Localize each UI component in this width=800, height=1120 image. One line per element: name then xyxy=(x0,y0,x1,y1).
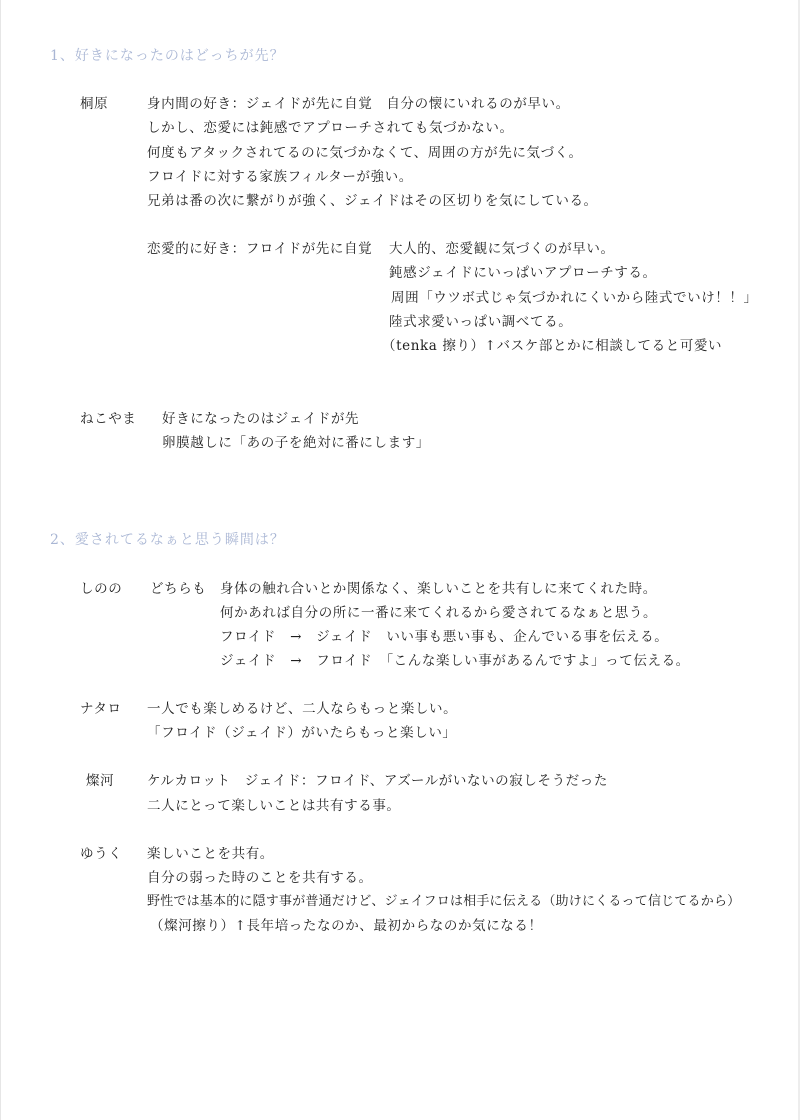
entry-line: 自分の弱った時のことを共有する。 xyxy=(147,869,373,887)
entry-line: 大人的、恋愛観に気づくのが早い。 xyxy=(389,240,615,258)
sub-label: どちらも xyxy=(150,580,206,598)
entry-line: 二人にとって楽しいことは共有する事。 xyxy=(147,797,401,815)
entry-line: 身体の触れ合いとか関係なく、楽しいことを共有しに来てくれた時。 xyxy=(220,580,657,598)
author-label: 桐原 xyxy=(80,95,108,113)
entry-line: ケルカロット ジェイド：フロイド、アズールがいないの寂しそうだった xyxy=(147,772,608,790)
entry-line: 鈍感ジェイドにいっぱいアプローチする。 xyxy=(389,264,657,282)
entry-line: 身内間の好き：ジェイドが先に自覚 自分の懐にいれるのが早い。 xyxy=(147,95,570,113)
entry-line: 好きになったのはジェイドが先 xyxy=(162,410,359,428)
section-heading-2: 2、愛されてるなぁと思う瞬間は？ xyxy=(50,531,285,549)
author-label: 燦河 xyxy=(86,772,114,790)
author-label: ゆうく xyxy=(80,845,122,863)
page-edge-left xyxy=(0,0,1,1120)
author-label: ねこやま xyxy=(80,410,136,428)
entry-line: 陸式求愛いっぱい調べてる。 xyxy=(389,313,572,331)
entry-line: フロイドに対する家族フィルターが強い。 xyxy=(147,168,413,186)
sub-label: 恋愛的に好き：フロイドが先に自覚 xyxy=(147,240,372,258)
entry-line: 楽しいことを共有。 xyxy=(147,845,274,863)
entry-line: フロイド → ジェイド いい事も悪い事も、企んでいる事を伝える。 xyxy=(220,628,668,646)
entry-line: 何かあれば自分の所に一番に来てくれるから愛されてるなぁと思う。 xyxy=(220,604,657,622)
entry-line: しかし、恋愛には鈍感でアプローチされても気づかない。 xyxy=(147,119,514,137)
entry-line: 何度もアタックされてるのに気づかなくて、周囲の方が先に気づく。 xyxy=(147,144,583,162)
entry-line: （燦河擦り）↑長年培ったなのか、最初からなのか気になる！ xyxy=(150,917,543,935)
entry-line: （tenka 擦り）↑バスケ部とかに相談してると可愛い xyxy=(382,337,722,355)
entry-line: 兄弟は番の次に繋がりが強く、ジェイドはその区切りを気にしている。 xyxy=(147,192,598,210)
section-heading-1: 1、好きになったのはどっちが先？ xyxy=(50,47,285,65)
entry-line: 周囲「ウツボ式じゃ気づかれにくいから陸式でいけ！！」 xyxy=(391,289,758,307)
entry-line: 野性では基本的に隠す事が普通だけど、ジェイフロは相手に伝える（助けにくるって信じ… xyxy=(147,893,740,911)
entry-line: 一人でも楽しめるけど、二人ならもっと楽しい。 xyxy=(147,700,457,718)
author-label: ナタロ xyxy=(80,700,122,718)
author-label: しのの xyxy=(80,580,122,598)
entry-line: ジェイド → フロイド 「こんな楽しい事があるんですよ」って伝える。 xyxy=(220,652,690,670)
entry-line: 「フロイド（ジェイド）がいたらもっと楽しい」 xyxy=(147,724,457,742)
entry-line: 卵膜越しに「あの子を絶対に番にします」 xyxy=(162,434,430,452)
